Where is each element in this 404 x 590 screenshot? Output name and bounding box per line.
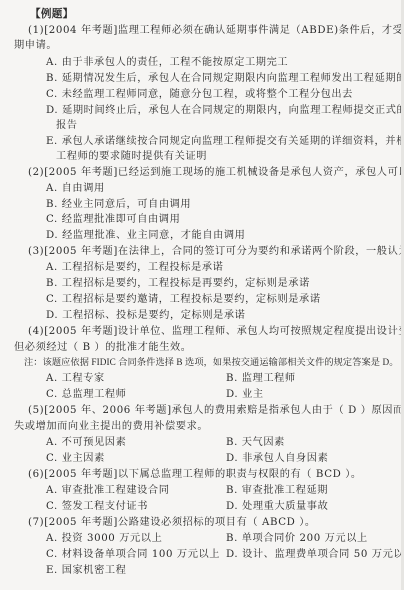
question-6-option-a: A. 审查批准工程建设合同 bbox=[46, 484, 170, 497]
question-2-option-a: A. 自由调用 bbox=[46, 182, 105, 195]
question-3-option-d: D. 工程招标、投标是要约，定标则是承诺 bbox=[46, 309, 245, 322]
question-4-option-b: B. 监理工程师 bbox=[226, 372, 296, 385]
question-4-option-a: A. 工程专家 bbox=[46, 372, 105, 385]
textbook-page: 【例题】 (1)[2004 年考题]监理工程师必须在确认延期事件满足（ABDE)… bbox=[0, 0, 404, 590]
question-1-stem: (1)[2004 年考题]监理工程师必须在确认延期事件满足（ABDE)条件后，才… bbox=[28, 24, 404, 37]
question-5-stem-cont: 失或增加而向业主提出的费用补偿要求。 bbox=[14, 420, 208, 433]
question-1-option-e-cont: 工程师的要求随时提供有关证明 bbox=[56, 150, 207, 163]
question-5-option-b: B. 天气因素 bbox=[226, 436, 285, 449]
question-5-option-c: C. 业主因素 bbox=[46, 452, 105, 465]
question-7-option-c: C. 材料设备单项合同 100 万元以上 bbox=[46, 548, 220, 561]
question-2-option-b: B. 经业主同意后，可自由调用 bbox=[46, 198, 191, 211]
question-1-option-e: E. 承包人承诺继续按合同规定向监理工程师提交有关延期的详细资料，并根据监理 bbox=[46, 135, 404, 148]
question-4-note: 注：该题应依据 FIDIC 合同条件选择 B 选项，如果按交通运输部相关文件的规… bbox=[24, 356, 399, 369]
question-3-option-a: A. 工程招标是要约，工程投标是承诺 bbox=[46, 261, 223, 274]
question-1-option-c: C. 未经监理工程师同意，随意分包工程，或将整个工程分包出去 bbox=[46, 88, 353, 101]
question-5-option-a: A. 不可预见因素 bbox=[46, 436, 126, 449]
question-4-stem-cont: 但必须经过（ B ）的批准才能生效。 bbox=[14, 341, 192, 354]
question-4-stem: (4)[2005 年考题]设计单位、监理工程师、承包人均可按照规定程度提出设计变… bbox=[28, 325, 404, 338]
question-5-stem: (5)[2005 年、2006 年考题]承包人的费用索赔是指承包人由于（ D ）… bbox=[28, 404, 404, 417]
question-4-option-d: D. 业主 bbox=[226, 388, 264, 401]
question-7-option-d: D. 设计、监理费单项合同 50 万元以上 bbox=[226, 548, 404, 561]
question-1-option-a: A. 由于非承包人的责任，工程不能按原定工期完工 bbox=[46, 56, 288, 69]
question-5-option-d: D. 非承包人自身因素 bbox=[226, 452, 328, 465]
question-2-option-c: C. 经监理批准即可自由调用 bbox=[46, 213, 180, 226]
question-3-stem: (3)[2005 年考题]在法律上，合同的签订可分为要约和承诺两个阶段，一般认为… bbox=[28, 245, 404, 258]
question-1-option-d-cont: 报告 bbox=[56, 119, 78, 132]
question-2-stem: (2)[2005 年考题]已经运到施工现场的施工机械设备是承包人资产，承包人可以… bbox=[28, 166, 404, 179]
question-6-stem: (6)[2005 年考题]以下属总监理工程师的职责与权限的有（ BCD ）。 bbox=[28, 468, 362, 481]
question-7-option-b: B. 单项合同价 200 万元以上 bbox=[226, 532, 368, 545]
question-7-option-a: A. 投资 3000 万元以上 bbox=[46, 532, 162, 545]
question-7-stem: (7)[2005 年考题]公路建设必须招标的项目有（ ABCD ）。 bbox=[28, 516, 316, 529]
question-6-option-d: D. 处理重大质量事故 bbox=[226, 500, 328, 513]
question-3-option-c: C. 工程招标是要约邀请，工程投标是要约，定标则是承诺 bbox=[46, 293, 321, 306]
question-3-option-b: B. 工程招标是要约，工程投标是再要约，定标则是承诺 bbox=[46, 277, 310, 290]
question-7-option-e: E. 国家机密工程 bbox=[46, 564, 126, 577]
question-6-option-b: B. 审查批准工程延期 bbox=[226, 484, 328, 497]
section-heading: 【例题】 bbox=[30, 8, 74, 21]
question-2-option-d: D. 经监理批准、业主同意，才能自由调用 bbox=[46, 229, 245, 242]
question-1-option-b: B. 延期情况发生后，承包人在合同规定期限内向监理工程师发出工程延期的通知 bbox=[46, 72, 404, 85]
question-1-stem-cont: 期申请。 bbox=[14, 39, 57, 52]
question-4-option-c: C. 总监理工程师 bbox=[46, 388, 126, 401]
question-6-option-c: C. 签发工程支付证书 bbox=[46, 500, 148, 513]
question-1-option-d: D. 延期时间终止后，承包人在合同规定的期限内，向监理工程师提交正式的延期申请 bbox=[46, 104, 404, 117]
